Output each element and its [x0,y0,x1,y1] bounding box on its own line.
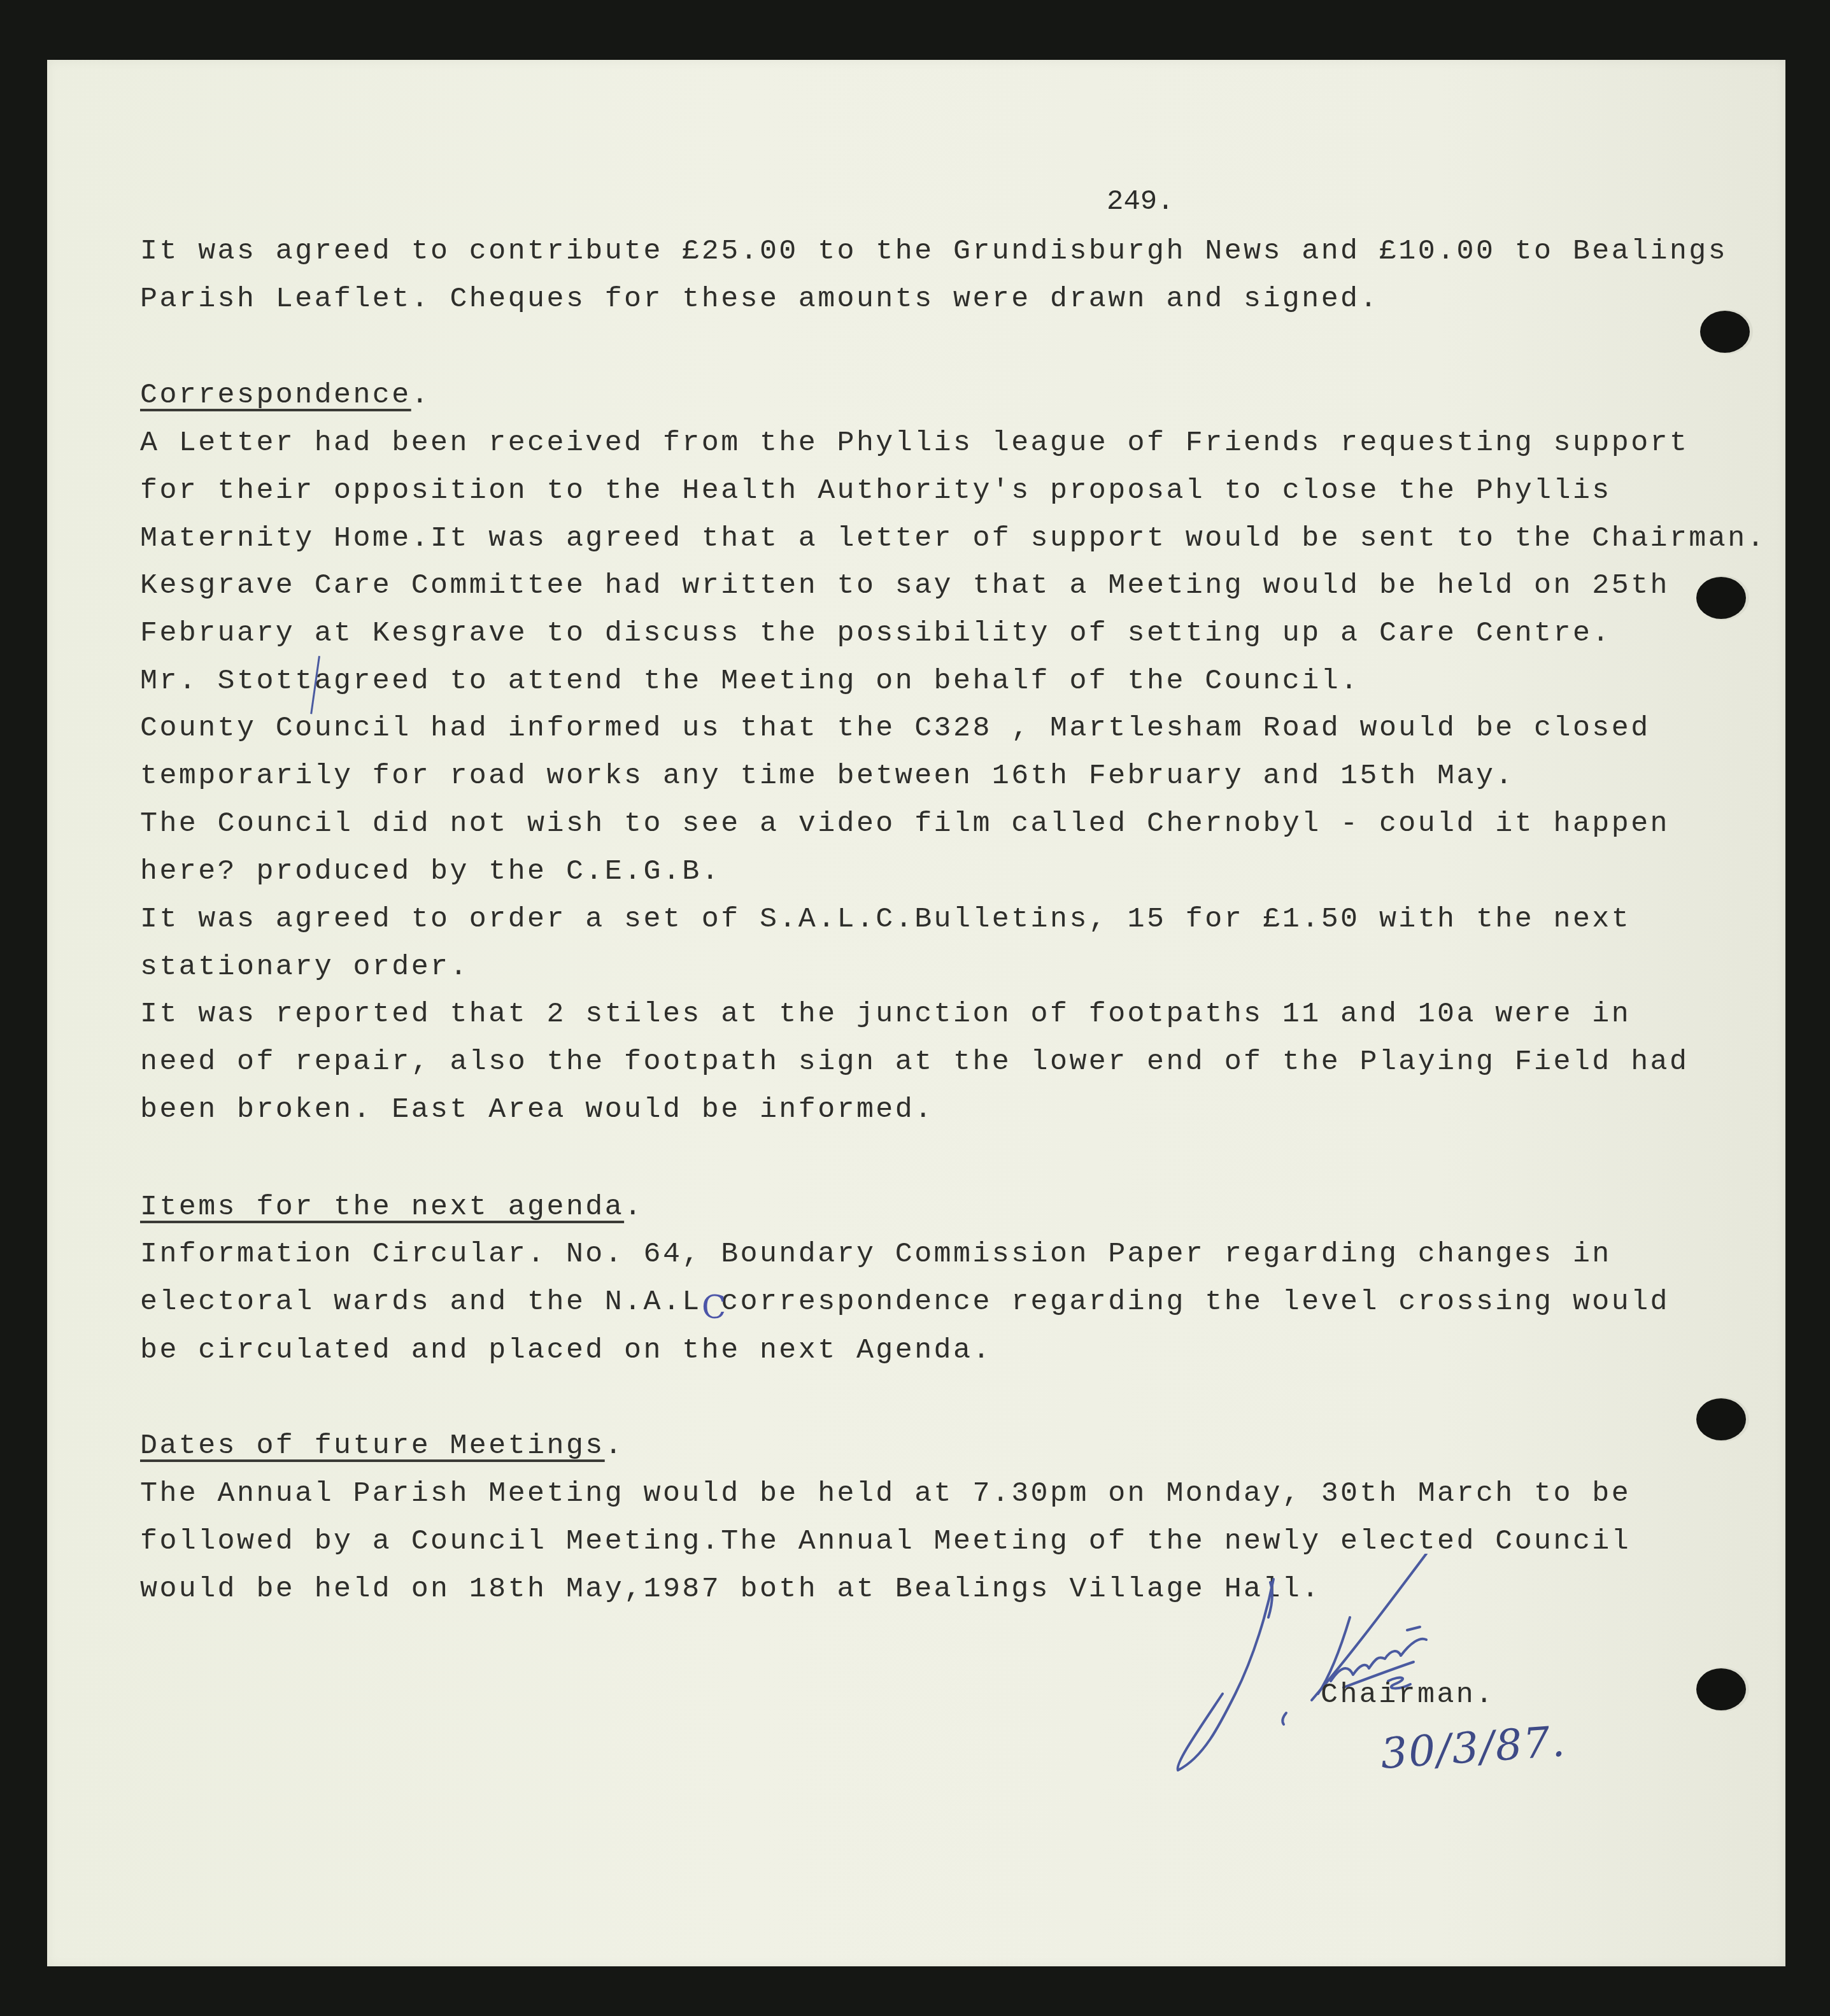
section-heading-correspondence: Correspondence. [140,381,430,409]
section-heading-dates: Dates of future Meetings. [140,1431,624,1460]
body-line: A Letter had been received from the Phyl… [140,429,1689,457]
heading-text: Correspondence [140,379,411,411]
body-line: electoral wards and the N.A.L correspond… [140,1288,1670,1316]
body-line: The Annual Parish Meeting would be held … [140,1479,1631,1508]
punch-hole [1696,1668,1746,1710]
heading-text: Dates of future Meetings [140,1430,605,1462]
heading-text: Items for the next agenda [140,1191,624,1223]
punch-hole [1696,1398,1746,1440]
section-heading-agenda: Items for the next agenda. [140,1193,644,1221]
body-line: temporarily for road works any time betw… [140,762,1515,790]
heading-period: . [624,1191,643,1223]
body-line: Kesgrave Care Committee had written to s… [140,571,1670,600]
body-line: February at Kesgrave to discuss the poss… [140,619,1612,648]
scanned-document: 249. It was agreed to contribute £25.00 … [0,0,1830,2016]
body-line: been broken. East Area would be informed… [140,1095,934,1124]
body-line: be circulated and placed on the next Age… [140,1336,992,1365]
punch-hole [1696,577,1746,619]
intro-line: Parish Leaflet. Cheques for these amount… [140,285,1379,313]
heading-period: . [605,1430,624,1462]
body-line: It was reported that 2 stiles at the jun… [140,1000,1631,1028]
body-line: Maternity Home.It was agreed that a lett… [140,524,1766,553]
intro-line: It was agreed to contribute £25.00 to th… [140,237,1727,266]
body-line: Information Circular. No. 64, Boundary C… [140,1240,1612,1268]
punch-hole [1700,311,1750,353]
page-number: 249. [1107,186,1174,218]
body-line: followed by a Council Meeting.The Annual… [140,1527,1631,1556]
body-line: stationary order. [140,953,469,981]
heading-period: . [411,379,430,411]
chairman-label: Chairman. [1321,1679,1495,1711]
body-line: Mr. Stottagreed to attend the Meeting on… [140,667,1359,695]
body-line: The Council did not wish to see a video … [140,809,1670,838]
body-line: need of repair, also the footpath sign a… [140,1047,1689,1076]
body-line: for their opposition to the Health Autho… [140,476,1612,505]
body-line: County Council had informed us that the … [140,714,1650,742]
body-line: would be held on 18th May,1987 both at B… [140,1575,1321,1603]
handwritten-correction: C [702,1289,726,1326]
body-line: It was agreed to order a set of S.A.L.C.… [140,905,1631,933]
body-line: here? produced by the C.E.G.B. [140,857,721,886]
